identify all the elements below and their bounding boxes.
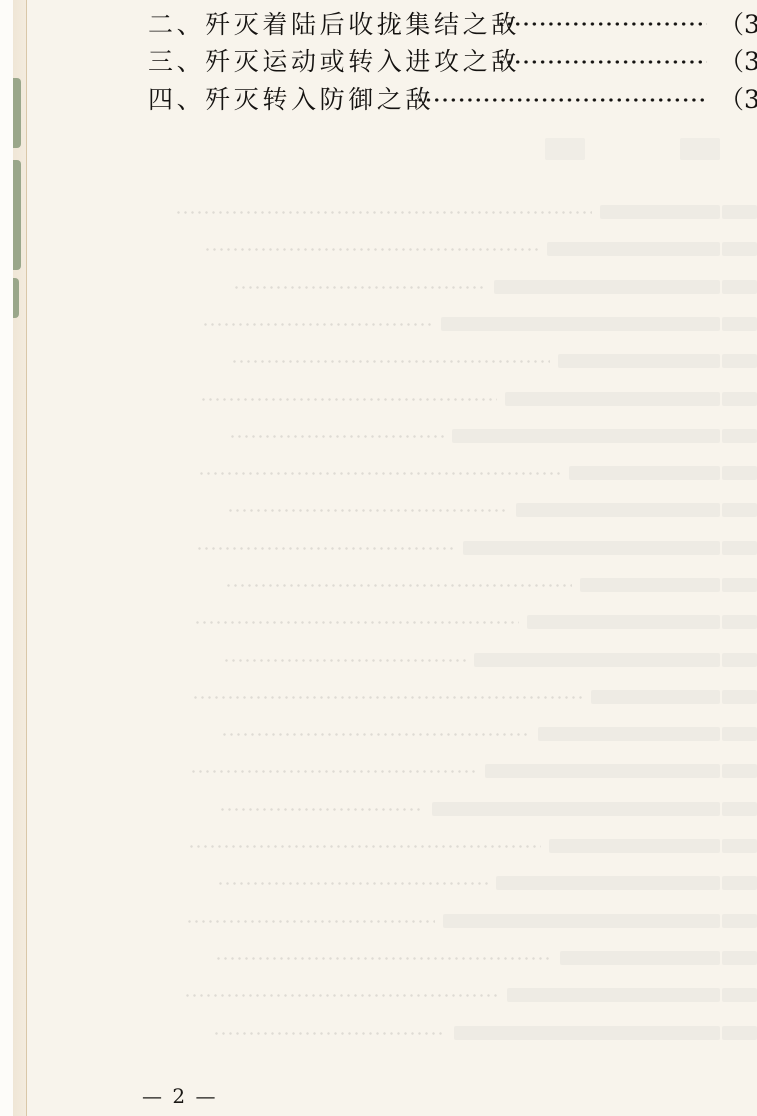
show-through-mark [198,472,561,475]
show-through-mark [560,951,720,965]
show-through-mark [722,876,757,890]
show-through-mark [231,360,550,363]
show-through-mark [190,770,477,773]
show-through-mark [722,727,757,741]
show-through-mark [549,839,720,853]
toc-entry-page: （33 [719,47,757,77]
show-through-mark [722,1026,757,1040]
show-through-mark [200,398,497,401]
show-through-mark [233,286,486,289]
show-through-mark [432,802,720,816]
toc-entry-title: 三、歼灭运动或转入进攻之敌 [148,47,520,77]
show-through-mark [722,802,757,816]
show-through-mark [600,205,720,219]
show-through-mark [217,882,488,885]
show-through-mark [722,764,757,778]
show-through-mark [569,466,720,480]
toc-entry-title: 二、歼灭着陆后收拢集结之敌 [148,10,520,40]
page-number: — 2 — [142,1084,217,1108]
show-through-mark [188,845,541,848]
show-through-mark [527,615,720,629]
show-through-mark [722,392,757,406]
show-through-mark [722,615,757,629]
show-through-mark [192,696,583,699]
binding-stain [13,160,21,270]
toc-entry-page: （35 [719,85,757,115]
show-through-mark [591,690,720,704]
show-through-mark [184,994,499,997]
binding-stain [13,278,19,318]
dot-leader [416,98,707,102]
reverse-side-show-through [0,0,757,1116]
show-through-mark [722,951,757,965]
show-through-mark [463,541,720,555]
show-through-mark [547,242,720,256]
show-through-mark [186,920,435,923]
show-through-mark [545,138,585,160]
show-through-mark [558,354,720,368]
show-through-mark [680,138,720,160]
show-through-mark [452,429,720,443]
show-through-mark [507,988,720,1002]
show-through-mark [227,509,508,512]
show-through-mark [722,988,757,1002]
show-through-mark [538,727,720,741]
show-through-mark [722,205,757,219]
show-through-mark [454,1026,720,1040]
show-through-mark [225,584,572,587]
show-through-mark [722,578,757,592]
scan-margin [0,0,13,1116]
show-through-mark [496,876,720,890]
show-through-mark [505,392,720,406]
show-through-mark [485,764,720,778]
show-through-mark [494,280,720,294]
show-through-mark [580,578,720,592]
toc-entry-title: 四、歼灭转入防御之敌 [148,85,434,115]
show-through-mark [175,211,592,214]
show-through-mark [213,1032,446,1035]
show-through-mark [722,839,757,853]
show-through-mark [223,659,466,662]
show-through-mark [722,429,757,443]
show-through-mark [219,808,424,811]
show-through-mark [443,914,720,928]
dot-leader [497,60,707,64]
show-through-mark [229,435,444,438]
dot-leader [497,22,707,26]
show-through-mark [215,957,552,960]
show-through-mark [516,503,720,517]
show-through-mark [221,733,530,736]
show-through-mark [722,503,757,517]
show-through-mark [474,653,720,667]
show-through-mark [722,914,757,928]
show-through-mark [722,317,757,331]
show-through-mark [722,354,757,368]
show-through-mark [722,242,757,256]
toc-entry: 三、歼灭运动或转入进攻之敌 [148,47,520,77]
show-through-mark [196,547,455,550]
show-through-mark [202,323,433,326]
toc-entry: 四、歼灭转入防御之敌 [148,85,434,115]
document-page: 二、歼灭着陆后收拢集结之敌 （32 三、歼灭运动或转入进攻之敌 （33 四、歼灭… [0,0,757,1116]
show-through-mark [204,248,539,251]
show-through-mark [722,690,757,704]
show-through-mark [194,621,519,624]
toc-entry: 二、歼灭着陆后收拢集结之敌 [148,10,520,40]
binding-edge-line [26,0,27,1116]
toc-entry-page: （32 [719,10,757,40]
binding-stain [13,78,21,148]
show-through-mark [722,541,757,555]
show-through-mark [722,280,757,294]
show-through-mark [722,466,757,480]
show-through-mark [722,653,757,667]
show-through-mark [441,317,720,331]
